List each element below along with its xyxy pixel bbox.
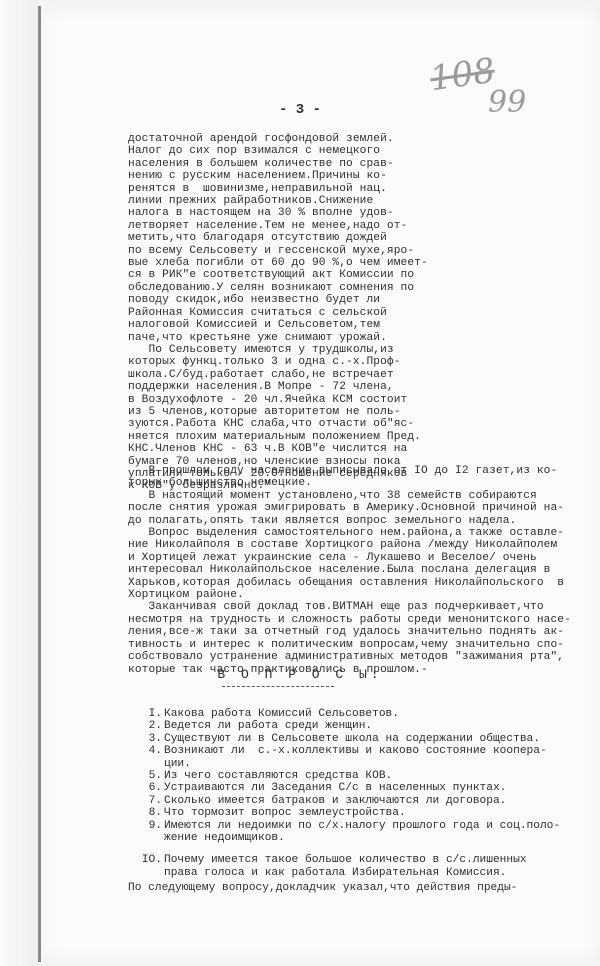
text-line: по всему Сельсовету и гессенской мухе,яр… bbox=[128, 245, 428, 257]
questions-list: I.Какова работа Комиссий Сельсоветов.2.В… bbox=[128, 708, 560, 879]
question-item: 4.Возникают ли с.-х.коллективы и каково … bbox=[128, 745, 560, 770]
heading-underline bbox=[222, 686, 334, 687]
question-item: I.Какова работа Комиссий Сельсоветов. bbox=[128, 708, 560, 720]
question-number: IO. bbox=[128, 854, 164, 879]
text-line: до полагать,опять таки является вопрос з… bbox=[128, 515, 571, 527]
closing-line: По следующему вопросу,докладчик указал,ч… bbox=[128, 882, 517, 894]
text-line: ся в РИК"е соответствующий акт Комиссии … bbox=[128, 269, 428, 281]
question-text: Устраиваются ли Заседания С/с в населенн… bbox=[164, 782, 506, 794]
text-line: интересовал Николайпольское население.Бы… bbox=[128, 564, 571, 576]
text-line: из 5 членов,которые авторитетом не поль- bbox=[128, 406, 428, 418]
text-line: поводу скидок,ибо неизвестно будет ли bbox=[128, 294, 428, 306]
question-text: Имеются ли недоимки по с/х.налогу прошло… bbox=[164, 820, 560, 845]
text-line: Налог до сих пор взимался с немецкого bbox=[128, 145, 428, 157]
question-text: Какова работа Комиссий Сельсоветов. bbox=[164, 708, 399, 720]
text-line: школа.С/буд.работает слабо,не встречает bbox=[128, 369, 428, 381]
question-item: 2.Ведется ли работа среди женщин. bbox=[128, 720, 560, 732]
text-line: ления,все-ж таки за отчетный год удалось… bbox=[128, 626, 571, 638]
page-number: - 3 - bbox=[0, 102, 600, 118]
question-item: 6.Устраиваются ли Заседания С/с в населе… bbox=[128, 782, 560, 794]
text-line: ние Николайполя в составе Хортицкого рай… bbox=[128, 539, 571, 551]
text-line: обследованию.У селян возникают сомнения … bbox=[128, 282, 428, 294]
question-text: Возникают ли с.-х.коллективы и каково со… bbox=[164, 745, 547, 770]
question-number: 2. bbox=[128, 720, 164, 732]
question-item: 5.Из чего составляются средства КОВ. bbox=[128, 770, 560, 782]
question-text: Что тормозит вопрос землеустройства. bbox=[164, 807, 406, 819]
text-line: Районная Комиссия считаться с сельской bbox=[128, 307, 428, 319]
question-text: Из чего составляются средства КОВ. bbox=[164, 770, 392, 782]
wide-text-block: В прошлом году население выписывало от I… bbox=[128, 465, 571, 676]
text-line: населения в большем количестве по срав- bbox=[128, 158, 428, 170]
text-line: В настоящий момент установлено,что 38 се… bbox=[128, 490, 571, 502]
question-item: IO.Почему имеется такое большое количест… bbox=[128, 854, 560, 879]
text-line: В прошлом году население выписывало от I… bbox=[128, 465, 571, 477]
text-line: метить,что благодаря отсутствию дождей bbox=[128, 232, 428, 244]
text-line: нению с русским населением.Причины ко- bbox=[128, 170, 428, 182]
question-item: 7.Сколько имеется батраков и заключаются… bbox=[128, 795, 560, 807]
text-line: летворяет население.Тем не менее,надо от… bbox=[128, 220, 428, 232]
text-line: несмотря на трудность и сложность работы… bbox=[128, 614, 571, 626]
question-text: Почему имеется такое большое количество … bbox=[164, 854, 527, 879]
question-number: 9. bbox=[128, 820, 164, 845]
text-line: няется плохим материальным положением Пр… bbox=[128, 431, 428, 443]
text-line: Вопрос выделения самостоятельного нем.ра… bbox=[128, 527, 571, 539]
text-line: Хортицком районе. bbox=[128, 589, 571, 601]
text-line: и Хортицей лежат украинские села - Лукаш… bbox=[128, 552, 571, 564]
text-line: По Сельсовету имеются у трудшколы,из bbox=[128, 344, 428, 356]
text-line: КНС.Членов КНС - 63 ч.В КОВ"е числится н… bbox=[128, 443, 428, 455]
text-line: Заканчивая свой доклад тов.ВИТМАН еще ра… bbox=[128, 601, 571, 613]
text-line: собствовало устранение административных … bbox=[128, 651, 571, 663]
question-item: 8.Что тормозит вопрос землеустройства. bbox=[128, 807, 560, 819]
question-text: Сколько имеется батраков и заключаются л… bbox=[164, 795, 506, 807]
question-item: 9.Имеются ли недоимки по с/х.налогу прош… bbox=[128, 820, 560, 845]
text-line: тивность и интерес к политическим вопрос… bbox=[128, 639, 571, 651]
text-line: в Воздухофлоте - 20 чл.Ячейка КСМ состои… bbox=[128, 394, 428, 406]
question-number: I. bbox=[128, 708, 164, 720]
text-line: ренятся в шовинизме,неправильной нац. bbox=[128, 183, 428, 195]
text-line: зуются.Работа КНС слаба,что отчасти об"я… bbox=[128, 418, 428, 430]
question-number: 4. bbox=[128, 745, 164, 770]
question-text: Ведется ли работа среди женщин. bbox=[164, 720, 372, 732]
text-line: налога в настоящем на 30 % вполне удов- bbox=[128, 207, 428, 219]
narrow-text-block: достаточной арендой госфондовой землей.Н… bbox=[128, 133, 428, 493]
text-line: после снятия урожая эмигрировать в Амери… bbox=[128, 502, 571, 514]
text-line: торых большинство немецкие. bbox=[128, 477, 571, 489]
question-number: 5. bbox=[128, 770, 164, 782]
question-number: 6. bbox=[128, 782, 164, 794]
text-line: вые хлеба погибли от 60 до 90 %,о чем им… bbox=[128, 257, 428, 269]
text-line: линии прежних райработников.Снижение bbox=[128, 195, 428, 207]
text-line: налоговой Комиссией и Сельсоветом,тем bbox=[128, 319, 428, 331]
text-line: паче,что крестьяне уже снимают урожай. bbox=[128, 332, 428, 344]
question-number: 3. bbox=[128, 733, 164, 745]
text-line: поддержки населения.В Мопре - 72 члена, bbox=[128, 381, 428, 393]
question-item: 3.Существуют ли в Сельсовете школа на со… bbox=[128, 733, 560, 745]
questions-heading: В О П Р О С Ы: bbox=[0, 667, 600, 682]
text-line: достаточной арендой госфондовой землей. bbox=[128, 133, 428, 145]
text-line: Харьков,которая добилась обещания оставл… bbox=[128, 577, 571, 589]
binding-margin bbox=[0, 0, 38, 966]
text-line: которых функц.только 3 и одна с.-х.Проф- bbox=[128, 356, 428, 368]
question-number: 8. bbox=[128, 807, 164, 819]
question-number: 7. bbox=[128, 795, 164, 807]
question-text: Существуют ли в Сельсовете школа на соде… bbox=[164, 733, 540, 745]
